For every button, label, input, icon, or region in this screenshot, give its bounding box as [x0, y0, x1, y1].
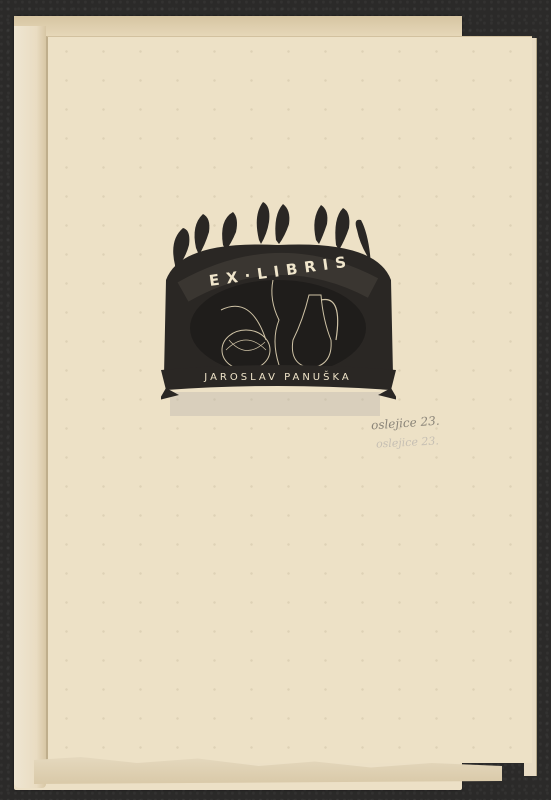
left-folded-flap	[14, 26, 46, 788]
ex-libris-bookplate: EX·LIBRIS JAROSLAV PANUŠKA	[161, 200, 396, 408]
bookplate-owner-name: JAROSLAV PANUŠKA	[173, 372, 383, 383]
